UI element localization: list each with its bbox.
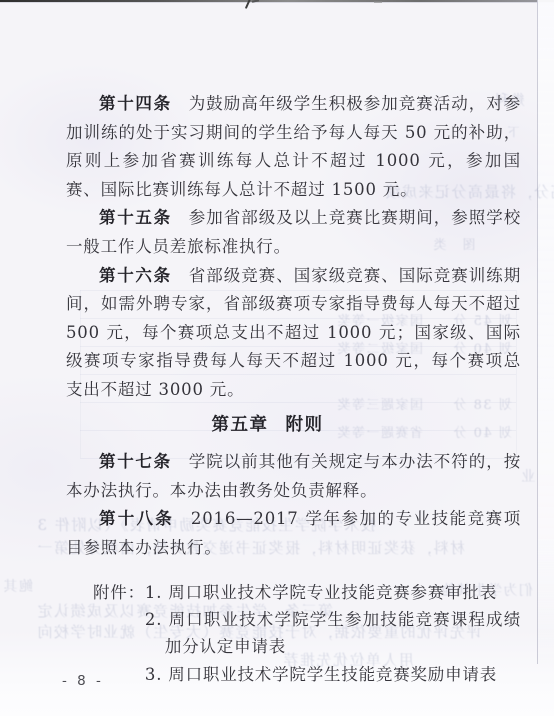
scan-edge-highlight: [0, 2, 554, 3]
chapter-heading: 第五章附则: [66, 411, 469, 440]
article-paragraph-18: 第十八条2016—2017 学年参加的专业技能竞赛项目参照本办法执行。: [66, 505, 521, 562]
attachment-item-2: 2. 周口职业技术学院学生参加技能竞赛课程成绩加分认定申请表: [145, 606, 521, 661]
attachments-label: 附件：: [93, 579, 145, 689]
article-number-label: 第十八条: [99, 509, 174, 528]
chapter-number: 第五章: [212, 415, 269, 435]
article-number-label: 第十四条: [99, 94, 172, 113]
chapter-title: 附则: [286, 415, 324, 435]
article-paragraph-17: 第十七条学院以前其他有关规定与本办法不符的，按本办法执行。本办法由教务处负责解释…: [66, 448, 521, 505]
article-paragraph-14: 第十四条为鼓励高年级学生积极参加竞赛活动，对参加训练的处于实习期间的学生给予每人…: [66, 90, 521, 204]
attachment-item-1: 1. 周口职业技术学院专业技能竞赛参赛审批表: [145, 579, 521, 606]
ghost-text: 鲍其: [2, 576, 33, 596]
article-number-label: 第十六条: [99, 266, 172, 285]
page-fold-shadow: [537, 0, 554, 664]
ghost-text: 业: [520, 466, 536, 486]
article-number-label: 第十五条: [99, 208, 172, 227]
attachments-block: 附件： 1. 周口职业技术学院专业技能竞赛参赛审批表 2. 周口职业技术学院学生…: [66, 579, 521, 689]
page-number: - 8 -: [62, 673, 104, 689]
scanned-page: 幾利下最高分，将最高分记来成绩图 类国家级一等奖划 45 分国家级二等奖划 40…: [0, 0, 554, 716]
attachments-list: 1. 周口职业技术学院专业技能竞赛参赛审批表 2. 周口职业技术学院学生参加技能…: [145, 579, 521, 689]
article-paragraph-15: 第十五条参加省部级及以上竞赛比赛期间，参照学校一般工作人员差旅标准执行。: [66, 204, 521, 261]
article-text: 省部级竞赛、国家级竞赛、国际竞赛训练期间，如需外聘专家，省部级赛项专家指导费每人…: [66, 266, 521, 399]
smudge-artifact: [374, 1, 382, 3]
article-number-label: 第十七条: [99, 452, 172, 471]
document-body: 第十四条为鼓励高年级学生积极参加竞赛活动，对参加训练的处于实习期间的学生给予每人…: [66, 90, 521, 688]
article-paragraph-16: 第十六条省部级竞赛、国家级竞赛、国际竞赛训练期间，如需外聘专家，省部级赛项专家指…: [66, 262, 521, 405]
attachment-item-3: 3. 周口职业技术学院学生技能竞赛奖励申请表: [145, 661, 521, 688]
